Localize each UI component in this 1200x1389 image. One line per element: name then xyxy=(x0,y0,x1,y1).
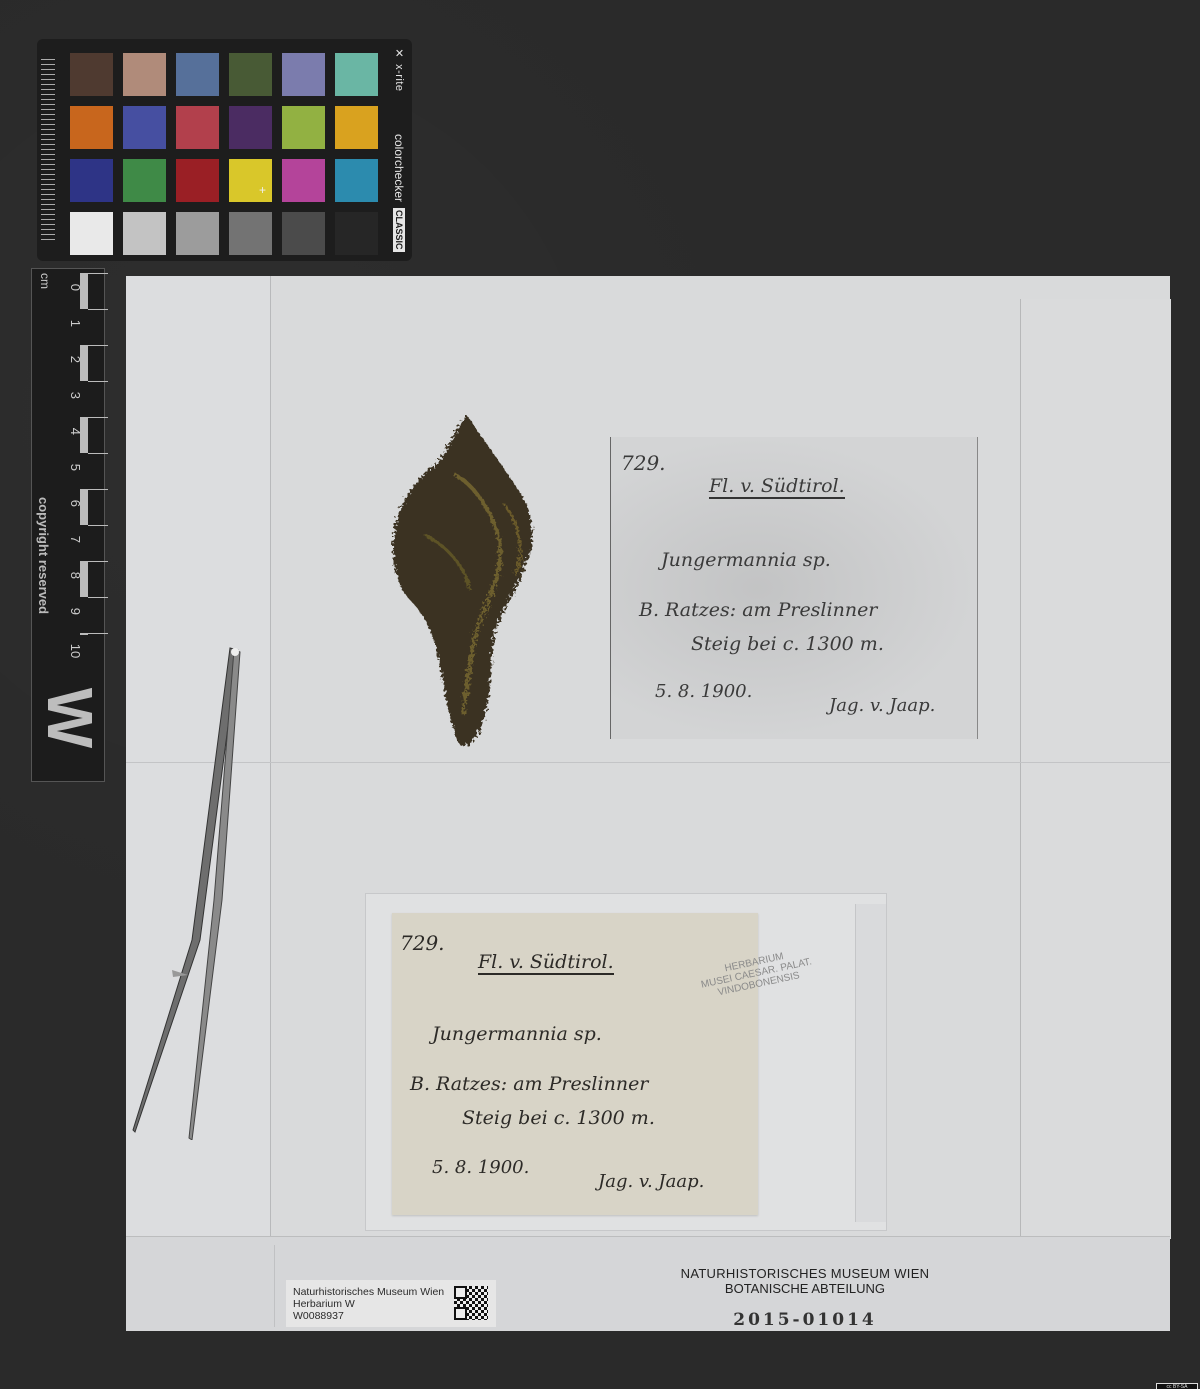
checker-ruler xyxy=(41,59,55,244)
cc-license-badge: cc BY-SA xyxy=(1156,1383,1198,1389)
museum-department: BOTANISCHE ABTEILUNG xyxy=(650,1281,960,1296)
qr-code-icon xyxy=(454,1286,488,1320)
scale-bar-segments xyxy=(80,273,88,635)
sheet-right-flap xyxy=(1020,299,1171,1239)
color-patch xyxy=(70,159,113,202)
barcode-institution: Naturhistorisches Museum Wien xyxy=(293,1286,444,1298)
sheet-fold-line xyxy=(126,762,1170,763)
copyright-text: copyright reserved xyxy=(36,497,51,614)
museum-stamp: NATURHISTORISCHES MUSEUM WIEN BOTANISCHE… xyxy=(650,1266,960,1330)
color-patch xyxy=(123,159,166,202)
color-patch xyxy=(335,212,378,255)
label-species: Jungermannia sp. xyxy=(432,1023,602,1045)
barcode-label: Naturhistorisches Museum Wien Herbarium … xyxy=(286,1280,496,1327)
tweezers xyxy=(130,640,250,1140)
color-patch xyxy=(282,53,325,96)
label-collector: Jag. v. Jaap. xyxy=(598,1171,704,1192)
color-patch xyxy=(176,159,219,202)
color-patch xyxy=(123,53,166,96)
barcode-herbarium: Herbarium W xyxy=(293,1298,355,1310)
color-patch xyxy=(229,106,272,149)
color-checker-card: + ✕ x-rite colorchecker CLASSIC xyxy=(37,39,412,261)
scale-numbers: 0 1 2 3 4 5 6 7 8 9 10 xyxy=(58,273,72,669)
original-label: 729. Fl. v. Südtirol. Jungermannia sp. B… xyxy=(392,913,758,1215)
color-patch xyxy=(335,159,378,202)
color-patch xyxy=(282,159,325,202)
color-patches xyxy=(70,53,378,255)
crosshair-icon: + xyxy=(259,183,266,197)
moss-specimen xyxy=(385,415,545,755)
scale-ticks xyxy=(88,273,108,635)
label-locality-1: B. Ratzes: am Preslinner xyxy=(410,1073,648,1095)
label-locality-2: Steig bei c. 1300 m. xyxy=(691,633,884,655)
printed-label-copy: 729. Fl. v. Südtirol. Jungermannia sp. B… xyxy=(610,437,978,739)
label-locality-2: Steig bei c. 1300 m. xyxy=(462,1107,655,1129)
label-species: Jungermannia sp. xyxy=(661,549,831,571)
color-patch xyxy=(123,212,166,255)
color-patch xyxy=(335,106,378,149)
color-patch xyxy=(176,212,219,255)
checker-product-name: colorchecker CLASSIC xyxy=(392,134,406,252)
museum-name: NATURHISTORISCHES MUSEUM WIEN xyxy=(650,1266,960,1281)
color-patch xyxy=(123,106,166,149)
label-date: 5. 8. 1900. xyxy=(655,681,752,702)
label-date: 5. 8. 1900. xyxy=(432,1157,529,1178)
envelope-flap xyxy=(855,904,886,1222)
barcode-id: W0088937 xyxy=(293,1310,344,1322)
label-number: 729. xyxy=(621,451,666,475)
label-locality-1: B. Ratzes: am Preslinner xyxy=(639,599,877,621)
label-number: 729. xyxy=(400,931,445,955)
w-logo: W xyxy=(33,688,107,748)
color-patch xyxy=(282,106,325,149)
classic-badge: CLASSIC xyxy=(393,208,405,252)
label-title: Fl. v. Südtirol. xyxy=(478,951,614,975)
color-patch xyxy=(70,106,113,149)
color-patch xyxy=(70,212,113,255)
color-patch xyxy=(282,212,325,255)
color-patch xyxy=(229,212,272,255)
xrite-logo: ✕ x-rite xyxy=(393,47,406,92)
color-patch xyxy=(229,53,272,96)
label-title: Fl. v. Südtirol. xyxy=(709,475,845,499)
color-patch xyxy=(176,53,219,96)
color-patch xyxy=(70,53,113,96)
color-patch xyxy=(176,106,219,149)
accession-number: 2015-01014 xyxy=(650,1310,960,1330)
color-patch xyxy=(335,53,378,96)
label-collector: Jag. v. Jaap. xyxy=(829,695,935,716)
sheet-bottom-flap xyxy=(126,1236,1170,1331)
scale-bar: cm 0 1 2 3 4 5 6 7 8 9 10 copyright rese… xyxy=(31,268,105,782)
